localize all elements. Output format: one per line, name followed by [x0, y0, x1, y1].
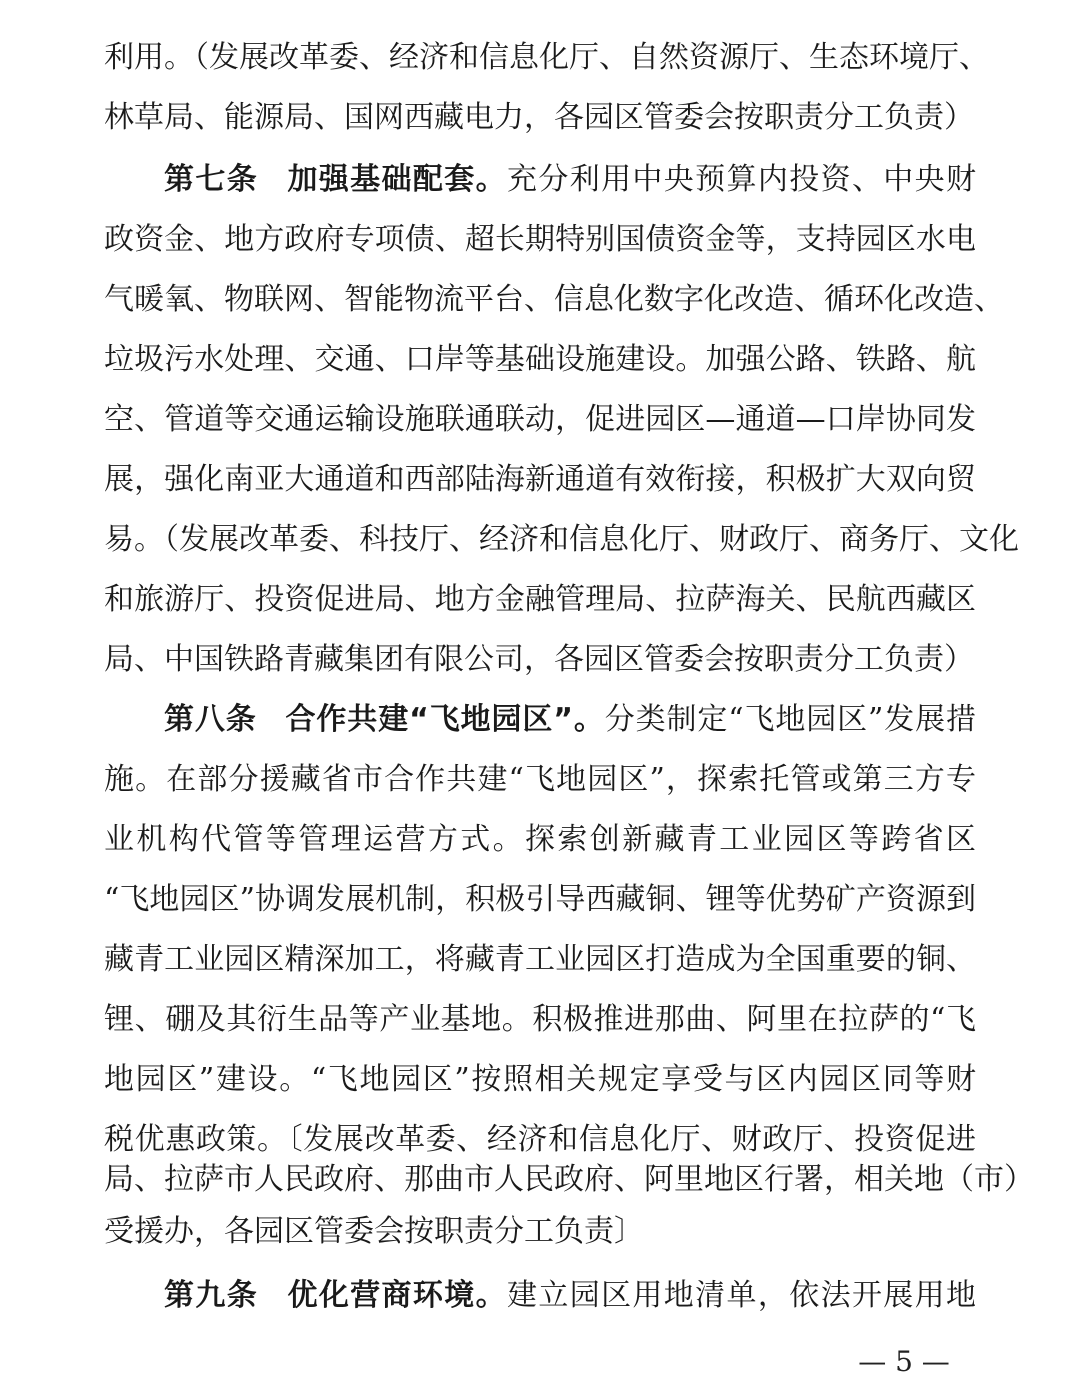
article-number: 第九条 [164, 1278, 258, 1313]
text-line: 地园区”建设。“飞地园区”按照相关规定享受与区内园区同等财 [104, 1060, 976, 1100]
text-line: 局、拉萨市人民政府、那曲市人民政府、阿里地区行署，相关地（市） [104, 1160, 976, 1200]
text-line: 林草局、能源局、国网西藏电力，各园区管委会按职责分工负责） [104, 98, 976, 138]
article-text: 分类制定“飞地园区”发展措 [605, 702, 976, 737]
text-line: 锂、硼及其衍生品等产业基地。积极推进那曲、阿里在拉萨的“飞 [104, 1000, 976, 1040]
text-line: 气暖氧、物联网、智能物流平台、信息化数字化改造、循环化改造、 [104, 280, 976, 320]
article-9-line: 第九条优化营商环境。建立园区用地清单，依法开展用地 [164, 1276, 976, 1316]
article-title: 优化营商环境。 [286, 1278, 507, 1313]
article-number: 第七条 [164, 162, 258, 197]
document-page: 利用。（发展改革委、经济和信息化厅、自然资源厅、生态环境厅、 林草局、能源局、国… [0, 0, 1080, 1386]
text-line: 业机构代管等管理运营方式。探索创新藏青工业园区等跨省区 [104, 820, 976, 860]
article-text: 充分利用中央预算内投资、中央财 [507, 162, 976, 197]
text-line: 藏青工业园区精深加工，将藏青工业园区打造成为全国重要的铜、 [104, 940, 976, 980]
text-line: 受援办，各园区管委会按职责分工负责〕 [104, 1212, 976, 1252]
text-line: 施。在部分援藏省市合作共建“飞地园区”，探索托管或第三方专 [104, 760, 976, 800]
text-line: 政资金、地方政府专项债、超长期特别国债资金等，支持园区水电 [104, 220, 976, 260]
text-line: 垃圾污水处理、交通、口岸等基础设施建设。加强公路、铁路、航 [104, 340, 976, 380]
text-line: 税优惠政策。〔发展改革委、经济和信息化厅、财政厅、投资促进 [104, 1120, 976, 1160]
article-number: 第八条 [164, 702, 257, 737]
text-line: 利用。（发展改革委、经济和信息化厅、自然资源厅、生态环境厅、 [104, 38, 976, 78]
article-text: 建立园区用地清单，依法开展用地 [507, 1278, 976, 1313]
page-number: — 5 — [838, 1344, 970, 1380]
text-line: 局、中国铁路青藏集团有限公司，各园区管委会按职责分工负责） [104, 640, 976, 680]
text-line: “飞地园区”协调发展机制，积极引导西藏铜、锂等优势矿产资源到 [104, 880, 976, 920]
text-line: 空、管道等交通运输设施联通联动，促进园区—通道—口岸协同发 [104, 400, 976, 440]
text-line: 易。（发展改革委、科技厅、经济和信息化厅、财政厅、商务厅、文化 [104, 520, 976, 560]
article-title: 合作共建“飞地园区”。 [285, 702, 605, 737]
text-line: 展，强化南亚大通道和西部陆海新通道有效衔接，积极扩大双向贸 [104, 460, 976, 500]
article-title: 加强基础配套。 [286, 162, 507, 197]
article-8-line: 第八条合作共建“飞地园区”。分类制定“飞地园区”发展措 [164, 700, 976, 740]
article-7-line: 第七条加强基础配套。充分利用中央预算内投资、中央财 [164, 160, 976, 200]
text-line: 和旅游厅、投资促进局、地方金融管理局、拉萨海关、民航西藏区 [104, 580, 976, 620]
